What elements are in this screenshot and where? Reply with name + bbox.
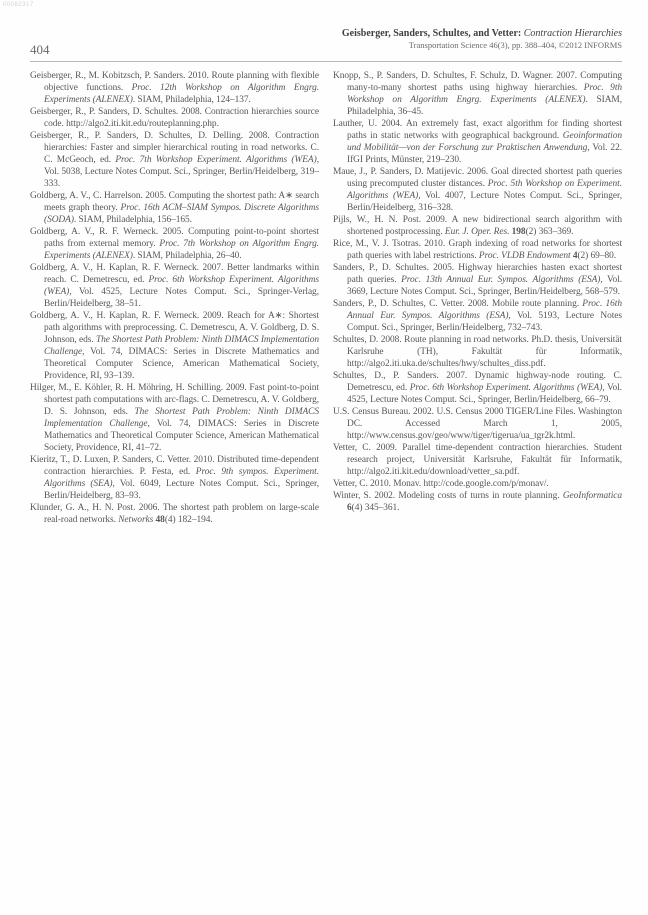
reference-item: Lauther, U. 2004. An extremely fast, exa…	[333, 118, 622, 166]
reference-item: Geisberger, R., P. Sanders, D. Schultes.…	[30, 106, 319, 130]
reference-item: Rice, M., V. J. Tsotras. 2010. Graph ind…	[333, 238, 622, 262]
reference-item: Maue, J., P. Sanders, D. Matijevic. 2006…	[333, 166, 622, 214]
paper-page: 00082317 404 Geisberger, Sanders, Schult…	[0, 0, 648, 915]
running-head-authors: Geisberger, Sanders, Schultes, and Vette…	[342, 28, 521, 39]
reference-item: U.S. Census Bureau. 2002. U.S. Census 20…	[333, 406, 622, 442]
reference-item: Vetter, C. 2009. Parallel time-dependent…	[333, 442, 622, 478]
reference-item: Geisberger, R., M. Kobitzsch, P. Sanders…	[30, 70, 319, 106]
reference-item: Goldberg, A. V., H. Kaplan, R. F. Wernec…	[30, 262, 319, 310]
reference-item: Winter, S. 2002. Modeling costs of turns…	[333, 490, 622, 514]
reference-item: Pijls, W., H. N. Post. 2009. A new bidir…	[333, 214, 622, 238]
reference-item: Schultes, D., P. Sanders. 2007. Dynamic …	[333, 370, 622, 406]
reference-item: Knopp, S., P. Sanders, D. Schultes, F. S…	[333, 70, 622, 118]
page-number: 404	[30, 42, 50, 58]
reference-item: Kieritz, T., D. Luxen, P. Sanders, C. Ve…	[30, 454, 319, 502]
running-head: Geisberger, Sanders, Schultes, and Vette…	[342, 28, 622, 50]
reference-item: Sanders, P., D. Schultes. 2005. Highway …	[333, 262, 622, 298]
reference-item: Klunder, G. A., H. N. Post. 2006. The sh…	[30, 502, 319, 526]
reference-item: Schultes, D. 2008. Route planning in roa…	[333, 334, 622, 370]
running-head-journal-line: Transportation Science 46(3), pp. 388–40…	[342, 40, 622, 50]
reference-item: Geisberger, R., P. Sanders, D. Schultes,…	[30, 130, 319, 190]
reference-item: Vetter, C. 2010. Monav. http://code.goog…	[333, 478, 622, 490]
running-head-title: Geisberger, Sanders, Schultes, and Vette…	[342, 28, 622, 39]
references-left-column: Geisberger, R., M. Kobitzsch, P. Sanders…	[30, 70, 319, 526]
reference-item: Goldberg, A. V., H. Kaplan, R. F. Wernec…	[30, 310, 319, 382]
header-rule	[30, 61, 622, 62]
running-head-paper-title: Contraction Hierarchies	[524, 28, 622, 39]
references-section: Geisberger, R., M. Kobitzsch, P. Sanders…	[30, 70, 622, 526]
references-right-column: Knopp, S., P. Sanders, D. Schultes, F. S…	[333, 70, 622, 526]
reference-item: Hilger, M., E. Köhler, R. H. Möhring, H.…	[30, 382, 319, 454]
scan-corner-stamp: 00082317	[3, 2, 34, 8]
reference-item: Goldberg, A. V., C. Harrelson. 2005. Com…	[30, 190, 319, 226]
reference-item: Goldberg, A. V., R. F. Werneck. 2005. Co…	[30, 226, 319, 262]
reference-item: Sanders, P., D. Schultes, C. Vetter. 200…	[333, 298, 622, 334]
